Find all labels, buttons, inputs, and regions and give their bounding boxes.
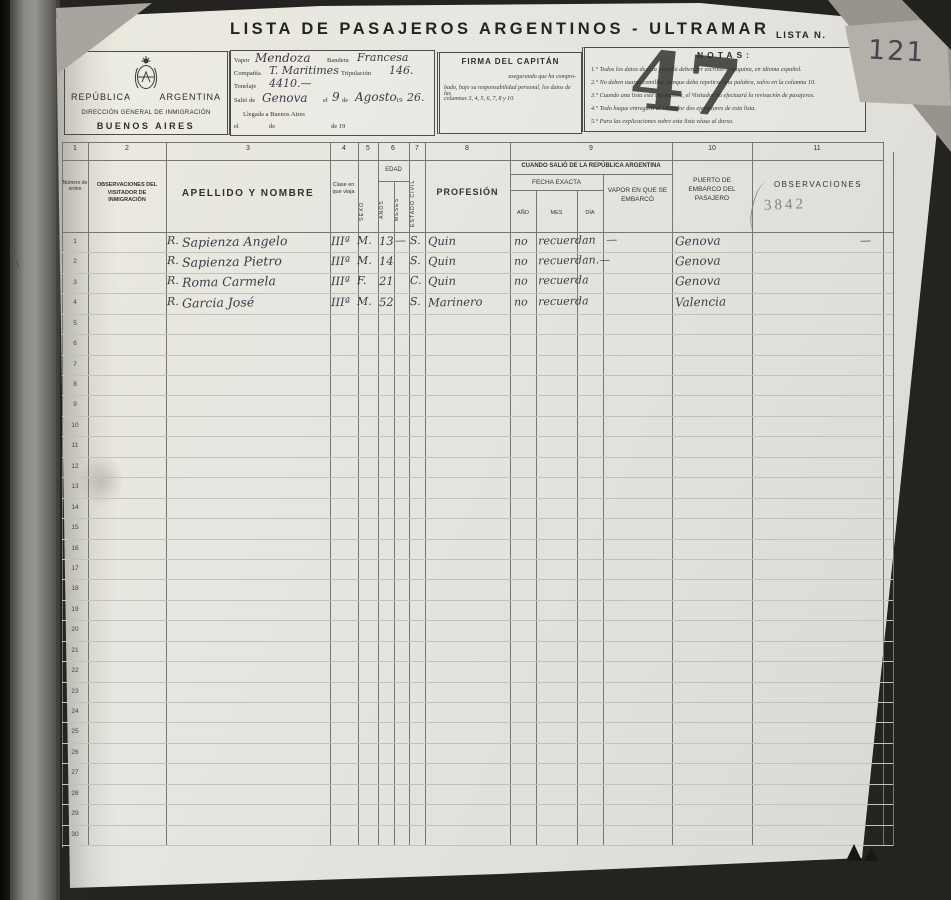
col4-header: Clase en que viaja — [330, 182, 357, 196]
table-rowline — [62, 539, 893, 540]
table-hline — [62, 160, 883, 161]
passenger-class: IIIª — [331, 233, 350, 247]
passenger-embark-port: Genova — [675, 233, 721, 248]
row-number: 6 — [62, 340, 88, 347]
column-number: 10 — [702, 145, 722, 152]
col5-header: SEXO — [359, 192, 377, 230]
fecha-exacta-header: FECHA EXACTA — [510, 179, 603, 186]
row-number: 26 — [62, 749, 88, 756]
column-number: 3 — [238, 145, 258, 152]
table-vline — [752, 142, 753, 845]
passenger-age-years: 21 — [379, 274, 394, 288]
passenger-sex: M. — [357, 295, 372, 308]
col10-header: PUERTO DE EMBARCO DEL PASAJERO — [682, 176, 742, 203]
column-number: 9 — [581, 145, 601, 152]
row-number: 13 — [62, 483, 88, 490]
column-number: 5 — [358, 145, 378, 152]
edad-header: EDAD — [378, 167, 409, 173]
mes-subheader: MES — [536, 210, 577, 216]
row-number: 17 — [62, 565, 88, 572]
table-rowline — [62, 784, 893, 785]
column-number: 11 — [807, 145, 827, 152]
passenger-sex: M. — [357, 233, 372, 246]
table-rowline — [62, 722, 893, 723]
passenger-civil-status: S. — [410, 254, 421, 267]
table-rowline — [62, 682, 893, 683]
table-rowline — [62, 804, 893, 805]
passenger-age-months: — — [395, 233, 406, 246]
row-number: 4 — [62, 299, 88, 306]
dia-subheader: DÍA — [577, 210, 603, 216]
table-vline — [893, 152, 894, 846]
passenger-visitor-mark: R. — [167, 295, 179, 308]
col11-header: OBSERVACIONES — [753, 180, 883, 189]
row-number: 11 — [62, 442, 88, 449]
passenger-table: Número de orden OBSERVACIONES DEL VISITA… — [0, 0, 951, 900]
col1-header: Número de orden — [62, 180, 88, 192]
table-rowline — [62, 579, 893, 580]
row-number: 1 — [62, 238, 88, 245]
passenger-age-years: 52 — [379, 295, 394, 309]
row-number: 25 — [62, 728, 88, 735]
table-vline — [425, 142, 426, 845]
passenger-class: IIIª — [331, 274, 350, 288]
passenger-visitor-mark: R. — [167, 233, 179, 246]
table-rowline — [62, 436, 893, 437]
row-number: 27 — [62, 769, 88, 776]
table-vline — [358, 142, 359, 845]
passenger-profession: Quin — [428, 233, 456, 247]
table-rowline — [62, 763, 893, 764]
passenger-name: Garcia José — [182, 294, 254, 310]
table-rowline — [62, 477, 893, 478]
passenger-civil-status: C. — [410, 274, 422, 287]
table-rowline — [62, 661, 893, 662]
passenger-profession: Quin — [428, 254, 456, 268]
table-rowline — [62, 395, 893, 396]
column-number: 6 — [383, 145, 403, 152]
col8-header: PROFESIÓN — [426, 187, 509, 197]
col2-header: OBSERVACIONES DEL VISITADOR DE INMIGRACI… — [90, 182, 164, 205]
passenger-class: IIIª — [331, 295, 350, 309]
row-number: 15 — [62, 524, 88, 531]
passenger-profession: Marinero — [428, 294, 483, 309]
table-rowline — [62, 518, 893, 519]
anos-header: AÑOS — [379, 190, 393, 230]
row-number: 28 — [62, 790, 88, 797]
passenger-civil-status: S. — [410, 295, 421, 308]
passenger-embark-port: Genova — [675, 274, 721, 289]
table-rowline — [62, 416, 893, 417]
table-rowline — [62, 559, 893, 560]
passenger-age-years: 13 — [379, 233, 394, 247]
passenger-visitor-mark: R. — [167, 274, 179, 287]
vapor-header: VAPOR EN QUE SE EMBARCÓ — [604, 186, 671, 204]
row-number: 3 — [62, 279, 88, 286]
row-number: 23 — [62, 688, 88, 695]
table-hline — [62, 142, 883, 143]
row-number: 18 — [62, 585, 88, 592]
col7-header: ESTADO CIVIL — [410, 176, 424, 230]
row-number: 20 — [62, 626, 88, 633]
column-number: 4 — [334, 145, 354, 152]
table-hline — [510, 190, 603, 191]
table-vline — [510, 142, 511, 845]
meses-header: MESES — [394, 188, 408, 230]
passenger-departure-date: no recuerda — [514, 294, 589, 308]
row-number: 7 — [62, 361, 88, 368]
passenger-visitor-mark: R. — [167, 254, 179, 267]
passenger-departure-date: no recuerdan — — [514, 233, 617, 248]
table-rowline — [62, 375, 893, 376]
column-number: 2 — [117, 145, 137, 152]
row-number: 12 — [62, 463, 88, 470]
ano-subheader: AÑO — [510, 210, 536, 216]
passenger-observations: — — [860, 233, 871, 246]
table-hline — [62, 232, 893, 233]
passenger-name: Roma Carmela — [182, 274, 276, 291]
passenger-class: IIIª — [331, 254, 350, 268]
passenger-name: Sapienza Angelo — [182, 233, 288, 250]
col3-header: APELLIDO Y NOMBRE — [168, 188, 328, 199]
column-number: 7 — [407, 145, 427, 152]
table-hline — [378, 181, 409, 182]
passenger-sex: M. — [357, 254, 372, 267]
passenger-sex: F. — [357, 274, 367, 287]
passenger-age-years: 14 — [379, 254, 394, 268]
column-number: 8 — [457, 145, 477, 152]
passenger-departure-date: no recuerda — [514, 274, 589, 288]
table-rowline — [62, 355, 893, 356]
table-vline — [603, 175, 604, 845]
row-number: 14 — [62, 504, 88, 511]
table-rowline — [62, 252, 893, 253]
table-rowline — [62, 641, 893, 642]
row-number: 22 — [62, 667, 88, 674]
passenger-departure-date: no recuerdan.— — [514, 253, 610, 268]
scanned-passenger-list-page: LISTA DE PASAJEROS ARGENTINOS - ULTRAMAR… — [0, 0, 951, 900]
table-rowline — [62, 702, 893, 703]
table-rowline — [62, 845, 893, 846]
row-number: 19 — [62, 606, 88, 613]
row-number: 5 — [62, 320, 88, 327]
table-rowline — [62, 334, 893, 335]
column-number: 1 — [65, 145, 85, 152]
passenger-embark-port: Valencia — [675, 294, 726, 309]
row-number: 8 — [62, 381, 88, 388]
table-rowline — [62, 825, 893, 826]
table-vline — [88, 142, 89, 845]
row-number: 30 — [62, 831, 88, 838]
row-number: 21 — [62, 647, 88, 654]
table-rowline — [62, 498, 893, 499]
table-rowline — [62, 314, 893, 315]
table-vline — [166, 142, 167, 845]
table-vline — [394, 182, 395, 845]
row-number: 9 — [62, 401, 88, 408]
row-number: 16 — [62, 545, 88, 552]
passenger-name: Sapienza Pietro — [182, 253, 282, 270]
table-vline — [672, 142, 673, 845]
table-rowline — [62, 600, 893, 601]
row-number: 24 — [62, 708, 88, 715]
table-vline — [883, 142, 884, 845]
table-hline — [510, 174, 672, 175]
table-rowline — [62, 457, 893, 458]
table-rowline — [62, 620, 893, 621]
table-rowline — [62, 743, 893, 744]
row-number: 29 — [62, 810, 88, 817]
passenger-civil-status: S. — [410, 233, 421, 246]
col9-group-header: CUANDO SALIÓ DE LA REPÚBLICA ARGENTINA — [511, 163, 671, 169]
passenger-profession: Quin — [428, 274, 456, 288]
row-number: 2 — [62, 258, 88, 265]
passenger-embark-port: Genova — [675, 253, 721, 268]
row-number: 10 — [62, 422, 88, 429]
table-vline — [409, 142, 410, 845]
list-number-value: 121 — [867, 35, 926, 69]
